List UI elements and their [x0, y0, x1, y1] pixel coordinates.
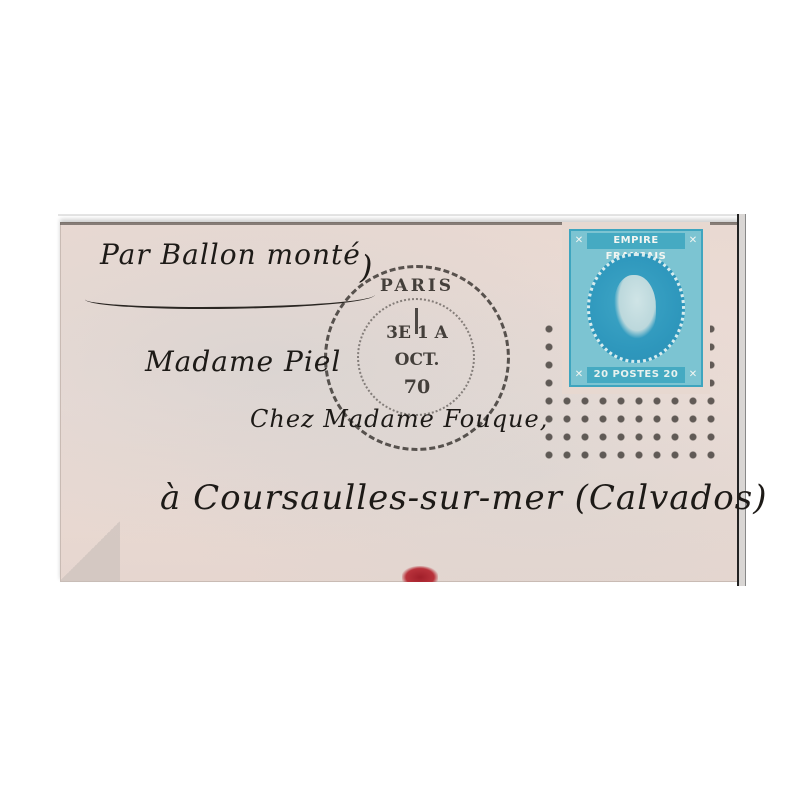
postmark-month: OCT. — [327, 350, 507, 370]
stamp-top-text: EMPIRE FRANCAIS — [587, 233, 685, 249]
stamp-corner-icon: ✕ — [686, 233, 700, 249]
postmark-city: PARIS — [327, 276, 507, 296]
address-line-1: Madame Piel — [145, 345, 341, 378]
scan-right-border — [737, 214, 746, 586]
portrait-icon — [614, 275, 656, 339]
stamp-frame: EMPIRE FRANCAIS ✕ ✕ 20 POSTES 20 ✕ ✕ — [569, 229, 703, 387]
address-line-2: Chez Madame Fouque, — [250, 405, 548, 433]
postmark-year: 70 — [327, 376, 507, 398]
postmark-time: 3E 1 A — [327, 323, 507, 343]
wax-seal — [402, 566, 438, 582]
scan-top-edge — [58, 214, 738, 216]
address-line-3: à Coursaulles-sur-mer (Calvados) — [160, 478, 768, 518]
stamp-corner-icon: ✕ — [572, 367, 586, 383]
stamp-corner-icon: ✕ — [572, 233, 586, 249]
stamp-bottom-text: 20 POSTES 20 — [587, 367, 685, 383]
via-annotation: Par Ballon monté — [100, 238, 361, 271]
postage-stamp: EMPIRE FRANCAIS ✕ ✕ 20 POSTES 20 ✕ ✕ — [562, 222, 710, 394]
stamp-medallion — [587, 253, 685, 363]
fold-corner — [60, 520, 120, 582]
stamp-corner-icon: ✕ — [686, 367, 700, 383]
